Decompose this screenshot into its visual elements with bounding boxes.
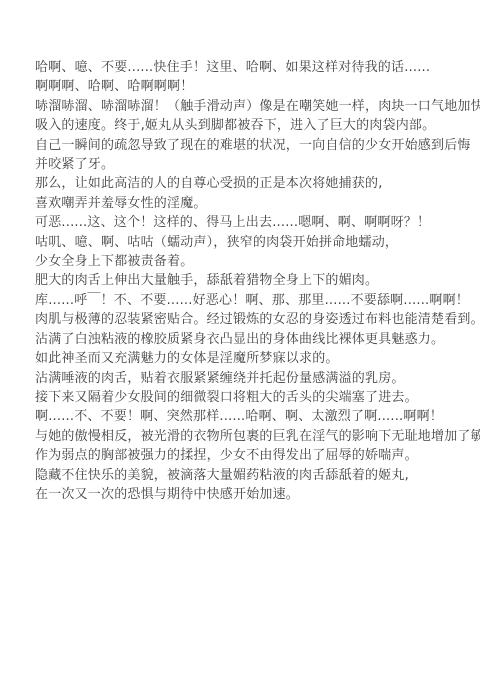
text-line-16: 如此神圣而又充满魅力的女体是淫魔所梦寐以求的。 (35, 349, 460, 368)
text-line-23: 在一次又一次的恐惧与期待中快感开始加速。 (35, 485, 460, 504)
text-line-15: 沾满了白浊粘液的橡胶质紧身衣凸显出的身体曲线比裸体更具魅惑力。 (35, 330, 460, 349)
text-line-14: 肉肌与极薄的忍装紧密贴合。经过锻炼的女忍的身姿透过布料也能清楚看到。 (35, 310, 460, 329)
text-line-18: 接下来又隔着少女股间的细微裂口将粗大的舌头的尖端塞了进去。 (35, 388, 460, 407)
text-line-5: 自己一瞬间的疏忽导致了现在的难堪的状况，一向自信的少女开始感到后悔 (35, 136, 460, 155)
text-line-7: 那么，让如此高洁的人的自尊心受损的正是本次将她捕获的, (35, 174, 460, 193)
text-line-19: 啊......不、不要！啊、突然那样......哈啊、啊、太激烈了啊......… (35, 407, 460, 426)
text-line-1: 哈啊、噫、不要......快住手！这里、哈啊、如果这样对待我的话...... (35, 58, 460, 77)
text-line-3: 哧溜哧溜、哧溜哧溜！（触手滑动声）像是在嘲笑她一样，肉块一口气地加快了 (35, 97, 460, 116)
text-line-12: 肥大的肉舌上伸出大量触手，舔舐着猎物全身上下的媚肉。 (35, 271, 460, 290)
text-line-21: 作为弱点的胸部被强力的揉捏，少女不由得发出了屈辱的娇喘声。 (35, 446, 460, 465)
text-line-10: 咕叽、噫、啊、咕咕（蠕动声），狭窄的肉袋开始拼命地蠕动， (35, 233, 460, 252)
text-line-9: 可恶......这、这个！这样的、得马上出去......嗯啊、啊、啊啊呀？！ (35, 213, 460, 232)
text-line-6: 并咬紧了牙。 (35, 155, 460, 174)
text-line-8: 喜欢嘲弄并羞辱女性的淫魔。 (35, 194, 460, 213)
text-line-17: 沾满唾液的肉舌，贴着衣服紧紧缠绕并托起份量感满溢的乳房。 (35, 369, 460, 388)
text-line-22: 隐藏不住快乐的美貌，被滴落大量媚药粘液的肉舌舔舐着的姬丸, (35, 466, 460, 485)
text-line-20: 与她的傲慢相反，被光滑的衣物所包裹的巨乳在淫气的影响下无耻地增加了敏感度。 (35, 427, 460, 446)
text-line-11: 少女全身上下都被责备着。 (35, 252, 460, 271)
text-line-13: 库......呼￣！不、不要......好恶心！啊、那、那里......不要舔啊… (35, 291, 460, 310)
text-line-4: 吸入的速度。终于,姬丸从头到脚都被吞下，进入了巨大的肉袋内部。 (35, 116, 460, 135)
text-content: 哈啊、噫、不要......快住手！这里、哈啊、如果这样对待我的话...... 啊… (35, 58, 460, 504)
document-page: 哈啊、噫、不要......快住手！这里、哈啊、如果这样对待我的话...... 啊… (0, 0, 480, 685)
text-line-2: 啊啊啊、哈啊、哈啊啊啊！ (35, 77, 460, 96)
